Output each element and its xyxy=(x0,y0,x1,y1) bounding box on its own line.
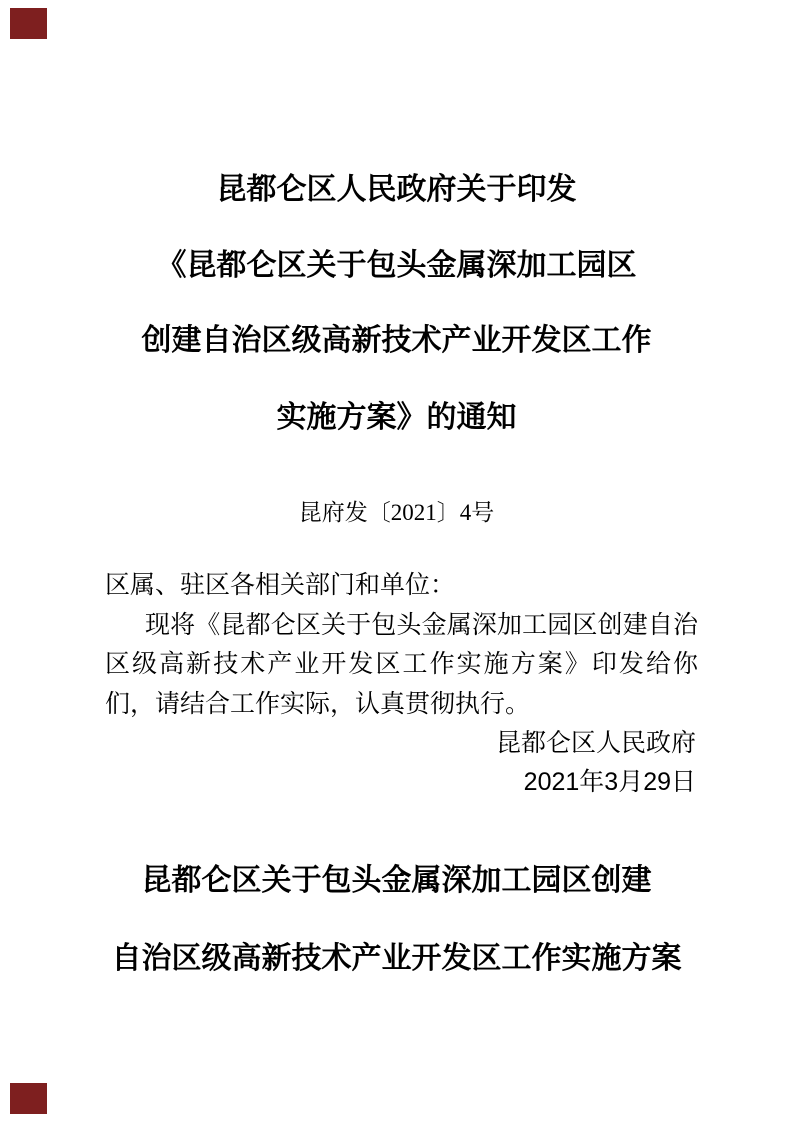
doc-title-line-2: 《昆都仑区关于包头金属深加工园区 xyxy=(0,240,793,284)
signature-block: 昆都仑区人民政府 2021年3月29日 xyxy=(0,724,696,801)
body-paragraph: 现将《昆都仑区关于包头金属深加工园区创建自治区级高新技术产业开发区工作实施方案》… xyxy=(105,606,698,725)
page-corner-marker-top xyxy=(10,8,47,39)
doc-title-line-4: 实施方案》的通知 xyxy=(0,392,793,436)
signature-issuer: 昆都仑区人民政府 xyxy=(0,724,696,763)
doc-title-line-1: 昆都仑区人民政府关于印发 xyxy=(0,164,793,208)
doc-number: 昆府发〔2021〕4号 xyxy=(0,494,793,527)
signature-date: 2021年3月29日 xyxy=(0,763,696,802)
body-text: 区属、驻区各相关部门和单位： 现将《昆都仑区关于包头金属深加工园区创建自治区级高… xyxy=(105,566,698,724)
attachment-heading-line-2: 自治区级高新技术产业开发区工作实施方案 xyxy=(0,933,793,977)
doc-title-line-3: 创建自治区级高新技术产业开发区工作 xyxy=(0,315,793,359)
salutation-line: 区属、驻区各相关部门和单位： xyxy=(105,566,698,606)
document-page: 昆都仑区人民政府关于印发 《昆都仑区关于包头金属深加工园区 创建自治区级高新技术… xyxy=(0,0,793,1122)
attachment-heading-line-1: 昆都仑区关于包头金属深加工园区创建 xyxy=(0,855,793,899)
page-corner-marker-bottom xyxy=(10,1083,47,1114)
